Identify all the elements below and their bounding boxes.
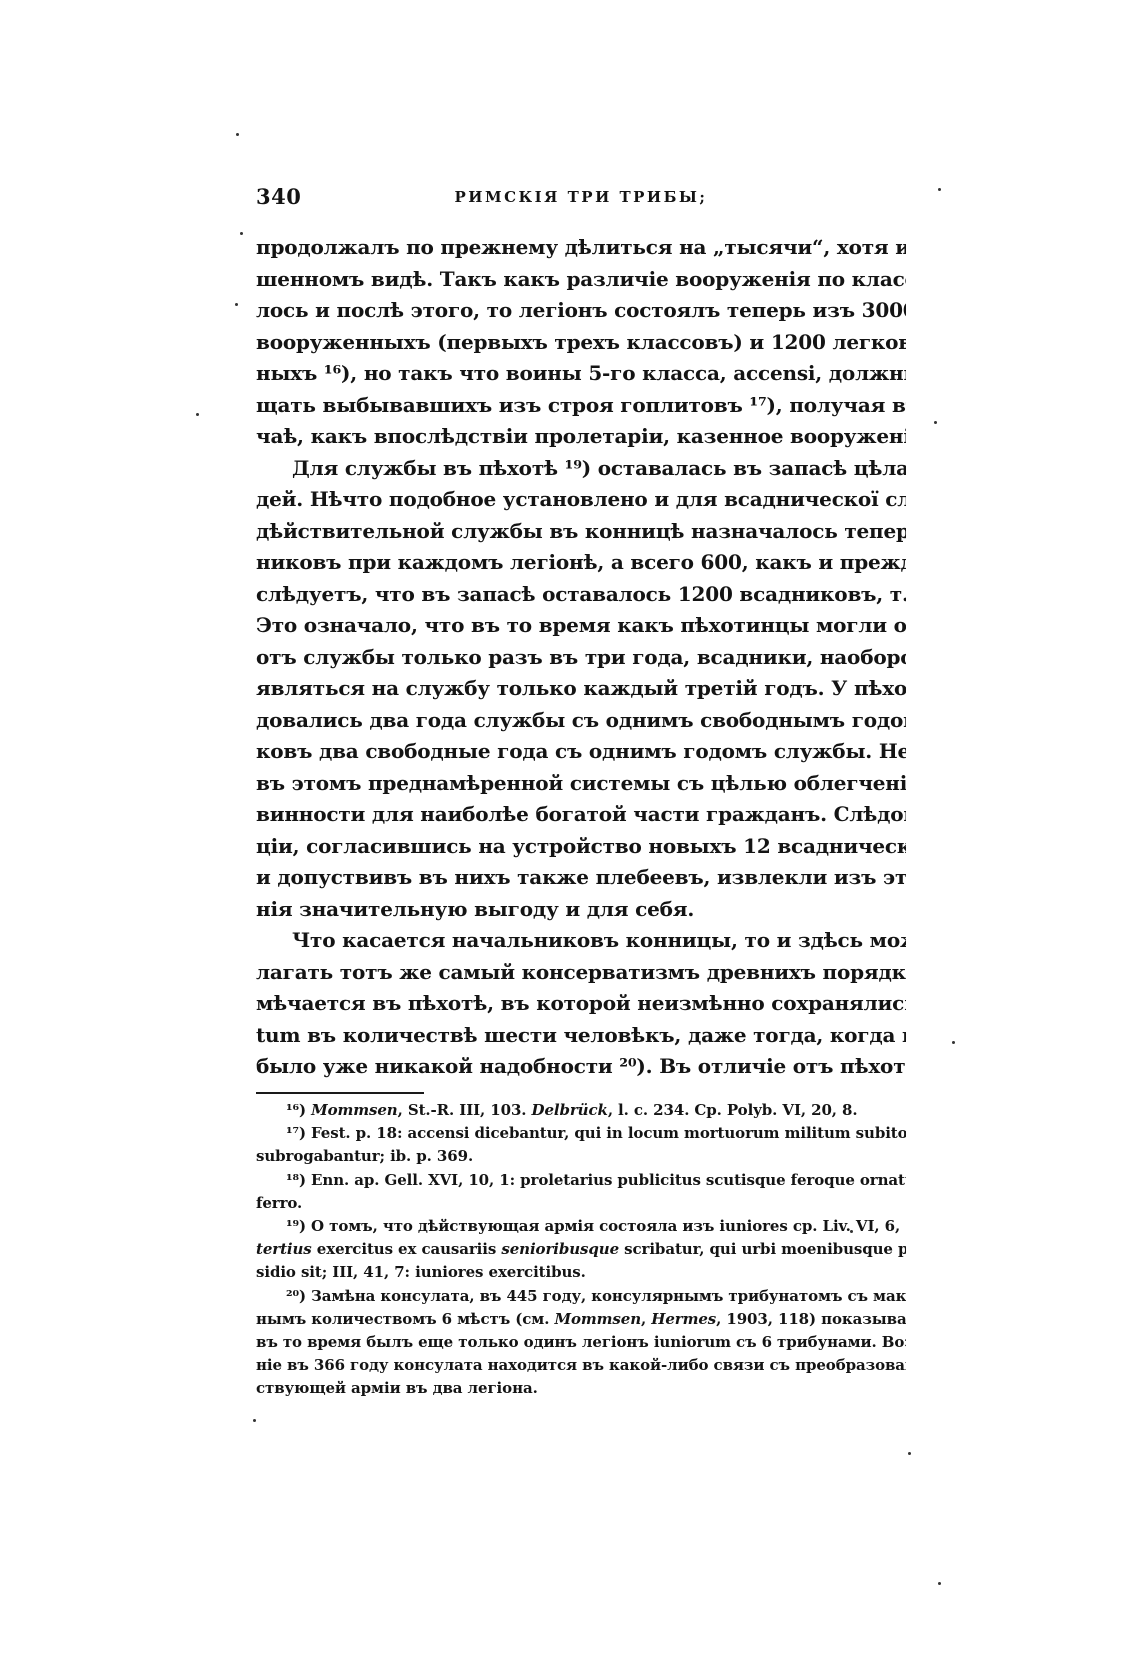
scan-speck	[850, 1230, 853, 1233]
scan-speck	[934, 421, 937, 424]
journal-name: Hermes	[651, 1310, 716, 1328]
text-line: ковъ два свободные года съ однимъ годомъ…	[256, 736, 906, 768]
citation-text: ,	[641, 1310, 651, 1328]
text-line: никовъ при каждомъ легіонѣ, а всего 600,…	[256, 547, 906, 579]
footnote-19-line: sidio sit; III, 41, 7: iuniores exerciti…	[256, 1261, 906, 1284]
citation-text: , l. c. 234. Cp. Polyb. VI, 20, 8.	[608, 1101, 858, 1119]
scan-speck	[253, 1419, 256, 1422]
scan-speck	[908, 1452, 911, 1455]
text-line: ныхъ ¹⁶), но такъ что воины 5-го класса,…	[256, 358, 906, 390]
page-header: 340 РИМСКІЯ ТРИ ТРИБЫ;	[256, 184, 906, 214]
scan-speck	[938, 1582, 941, 1585]
footnote-18-line: ferro.	[256, 1192, 906, 1215]
text-line: слѣдуетъ, что въ запасѣ оставалось 1200 …	[256, 579, 906, 611]
footnote-20-line: нымъ количествомъ 6 мѣстъ (см. Mommsen, …	[256, 1308, 906, 1331]
text-line: tum въ количествѣ шести человѣкъ, даже т…	[256, 1020, 906, 1052]
text-line: лось и послѣ этого, то легіонъ состоялъ …	[256, 295, 906, 327]
text-line: шенномъ видѣ. Такъ какъ различіе вооруже…	[256, 264, 906, 296]
footnote-16: ¹⁶) Mommsen, St.-R. III, 103. Delbrück, …	[256, 1099, 906, 1122]
text-line: щать выбывавшихъ изъ строя гоплитовъ ¹⁷)…	[256, 390, 906, 422]
footnote-19-line: tertius exercitus ex causariis senioribu…	[256, 1238, 906, 1261]
scan-speck	[952, 1041, 955, 1044]
text-line: являться на службу только каждый третій …	[256, 673, 906, 705]
text-line: винности для наиболѣе богатой части граж…	[256, 799, 906, 831]
paragraph-start-line: Для службы въ пѣхотѣ ¹⁹) оставалась въ з…	[256, 453, 906, 485]
scan-speck	[938, 188, 941, 191]
italic-term: senioribusque	[501, 1240, 619, 1258]
book-page: 340 РИМСКІЯ ТРИ ТРИБЫ; продолжалъ по пре…	[0, 0, 1140, 1671]
paragraph-start-line: Что касается начальниковъ конницы, то и …	[256, 925, 906, 957]
italic-term: tertius	[256, 1240, 312, 1258]
footnote-20-line: въ то время былъ еще только одинъ легіон…	[256, 1331, 906, 1354]
footnotes: ¹⁶) Mommsen, St.-R. III, 103. Delbrück, …	[256, 1099, 906, 1400]
scan-speck	[236, 133, 239, 136]
citation-text: , 1903, 118) показываетъ, что	[716, 1310, 906, 1328]
text-line: вооруженныхъ (первыхъ трехъ классовъ) и …	[256, 327, 906, 359]
text-line: мѣчается въ пѣхотѣ, въ которой неизмѣнно…	[256, 988, 906, 1020]
citation-text: exercitus ex causariis	[312, 1240, 502, 1258]
citation-text: scribatur, qui urbi moenibusque prae-	[619, 1240, 906, 1258]
text-line: Это означало, что въ то время какъ пѣхот…	[256, 610, 906, 642]
text-line: было уже никакой надобности ²⁰). Въ отли…	[256, 1051, 906, 1083]
text-line: дѣйствительной службы въ конницѣ назнача…	[256, 516, 906, 548]
footnote-18-line: ¹⁸) Enn. ap. Gell. XVI, 10, 1: proletari…	[256, 1169, 906, 1192]
footnote-17-line: ¹⁷) Fest. p. 18: accensi dicebantur, qui…	[256, 1122, 906, 1145]
footnote-20-line: ствующей арміи въ два легіона.	[256, 1377, 906, 1400]
text-line: въ этомъ преднамѣренной системы съ цѣлью…	[256, 768, 906, 800]
main-text: продолжалъ по прежнему дѣлиться на „тыся…	[256, 232, 906, 1083]
author-name: Mommsen	[554, 1310, 641, 1328]
text-line: и допуствивъ въ нихъ также плебеевъ, изв…	[256, 862, 906, 894]
footnote-20-line: ніе въ 366 году консулата находится въ к…	[256, 1354, 906, 1377]
text-line: лагать тотъ же самый консерватизмъ древн…	[256, 957, 906, 989]
running-title: РИМСКІЯ ТРИ ТРИБЫ;	[256, 188, 906, 206]
scan-speck	[196, 413, 199, 416]
text-line: продолжалъ по прежнему дѣлиться на „тыся…	[256, 232, 906, 264]
footnote-19-line: ¹⁹) О томъ, что дѣйствующая армія состоя…	[256, 1215, 906, 1238]
scan-speck	[240, 232, 243, 235]
text-line: чаѣ, какъ впослѣдствіи пролетаріи, казен…	[256, 421, 906, 453]
text-line: довались два года службы съ однимъ свобо…	[256, 705, 906, 737]
author-name: Delbrück	[532, 1101, 608, 1119]
author-name: Mommsen	[311, 1101, 398, 1119]
text-line: нія значительную выгоду и для себя.	[256, 894, 906, 926]
citation-text: , St.-R. III, 103.	[398, 1101, 532, 1119]
text-line: отъ службы только разъ въ три года, всад…	[256, 642, 906, 674]
footnote-17-line: subrogabantur; ib. p. 369.	[256, 1145, 906, 1168]
text-line: дей. Нѣчто подобное установлено и для вс…	[256, 484, 906, 516]
text-line: ціи, согласившись на устройство новыхъ 1…	[256, 831, 906, 863]
footnote-20-line: ²⁰) Замѣна консулата, въ 445 году, консу…	[256, 1285, 906, 1308]
footnote-divider	[256, 1092, 424, 1094]
scan-speck	[235, 303, 238, 306]
citation-text: нымъ количествомъ 6 мѣстъ (см.	[256, 1310, 554, 1328]
footnote-mark: ¹⁶)	[286, 1101, 306, 1119]
